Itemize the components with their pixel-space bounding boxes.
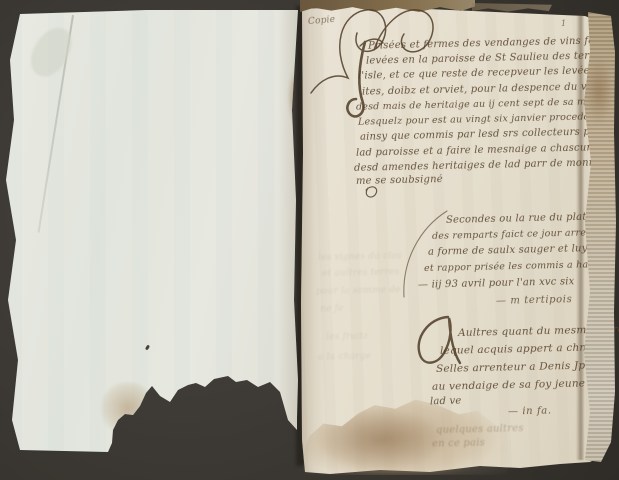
fore-edge-crevice [576,14,584,460]
fore-edge-stain [585,58,613,124]
paper-texture [298,3,616,477]
binding-edge-strip [472,3,552,12]
right-page [298,3,616,477]
tear-stain [102,382,154,434]
gutter-shading [298,3,328,477]
paper-texture [6,10,304,460]
manuscript-scan: Copie 1 Prisées et fermes des vendanges … [0,0,619,480]
left-page [6,10,304,460]
